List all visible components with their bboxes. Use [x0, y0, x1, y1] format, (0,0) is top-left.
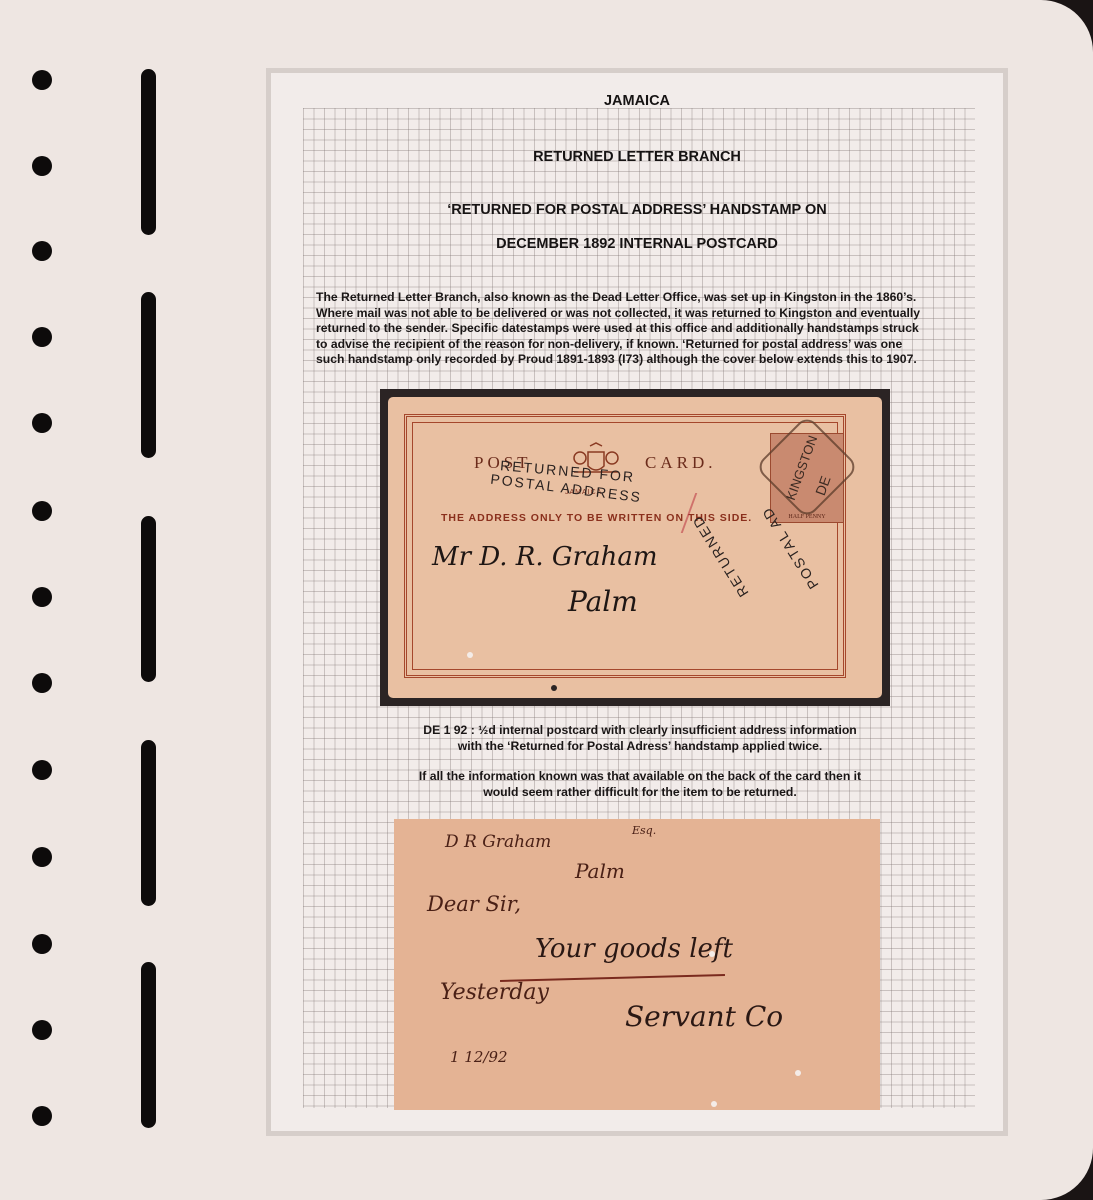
punch-hole [709, 951, 715, 957]
binder-hole [32, 413, 52, 433]
intro-line: returned to the sender. Specific datesta… [316, 321, 964, 337]
intro-line: Where mail was not able to be delivered … [316, 306, 964, 322]
page-title-line-1: ‘RETURNED FOR POSTAL ADDRESS’ HANDSTAMP … [266, 202, 1008, 218]
punch-hole [551, 685, 557, 691]
caption-line: would seem rather difficult for the item… [392, 785, 888, 801]
back-addressee-suffix: Esq. [632, 824, 656, 837]
punch-hole [467, 652, 473, 658]
binder-hole [32, 241, 52, 261]
binder-slot [141, 292, 156, 458]
intro-line: such handstamp only recorded by Proud 18… [316, 352, 964, 368]
address-name: Mr D. R. Graham [432, 542, 657, 572]
intro-line: The Returned Letter Branch, also known a… [316, 290, 964, 306]
binder-slot [141, 962, 156, 1128]
caption-back: If all the information known was that av… [392, 769, 888, 801]
binder-hole [32, 847, 52, 867]
page-title-line-2: DECEMBER 1892 INTERNAL POSTCARD [266, 236, 1008, 252]
binder-hole [32, 501, 52, 521]
back-signature: Servant Co [625, 1000, 783, 1033]
binder-slot [141, 516, 156, 682]
back-place: Palm [575, 859, 625, 883]
binder-slot [141, 69, 156, 235]
caption-line: If all the information known was that av… [392, 769, 888, 785]
intro-line: to advise the recipient of the reason fo… [316, 337, 964, 353]
back-yesterday: Yesterday [440, 980, 549, 1005]
punch-hole [711, 1101, 717, 1107]
binder-hole [32, 673, 52, 693]
binder-hole [32, 934, 52, 954]
binder-hole [32, 70, 52, 90]
binder-hole [32, 156, 52, 176]
caption-front: DE 1 92 : ½d internal postcard with clea… [392, 723, 888, 755]
back-date: 1 12/92 [450, 1048, 508, 1066]
binder-hole [32, 1106, 52, 1126]
intro-paragraph: The Returned Letter Branch, also known a… [316, 290, 964, 368]
binder-hole [32, 760, 52, 780]
back-addressee: D R Graham [445, 832, 551, 852]
album-sheet: JAMAICA RETURNED LETTER BRANCH ‘RETURNED… [0, 0, 1093, 1200]
binder-hole [32, 1020, 52, 1040]
caption-line: with the ‘Returned for Postal Adress’ ha… [392, 739, 888, 755]
back-salutation: Dear Sir, [427, 892, 521, 916]
postcard-back [394, 819, 880, 1110]
postcard-title-card: CARD. [645, 453, 716, 473]
country-heading: JAMAICA [266, 93, 1008, 109]
back-message: Your goods left [535, 934, 733, 964]
caption-line: DE 1 92 : ½d internal postcard with clea… [392, 723, 888, 739]
binder-hole [32, 587, 52, 607]
section-heading: RETURNED LETTER BRANCH [266, 149, 1008, 165]
binder-hole [32, 327, 52, 347]
punch-hole [795, 1070, 801, 1076]
binder-slot [141, 740, 156, 906]
address-place: Palm [568, 585, 638, 618]
